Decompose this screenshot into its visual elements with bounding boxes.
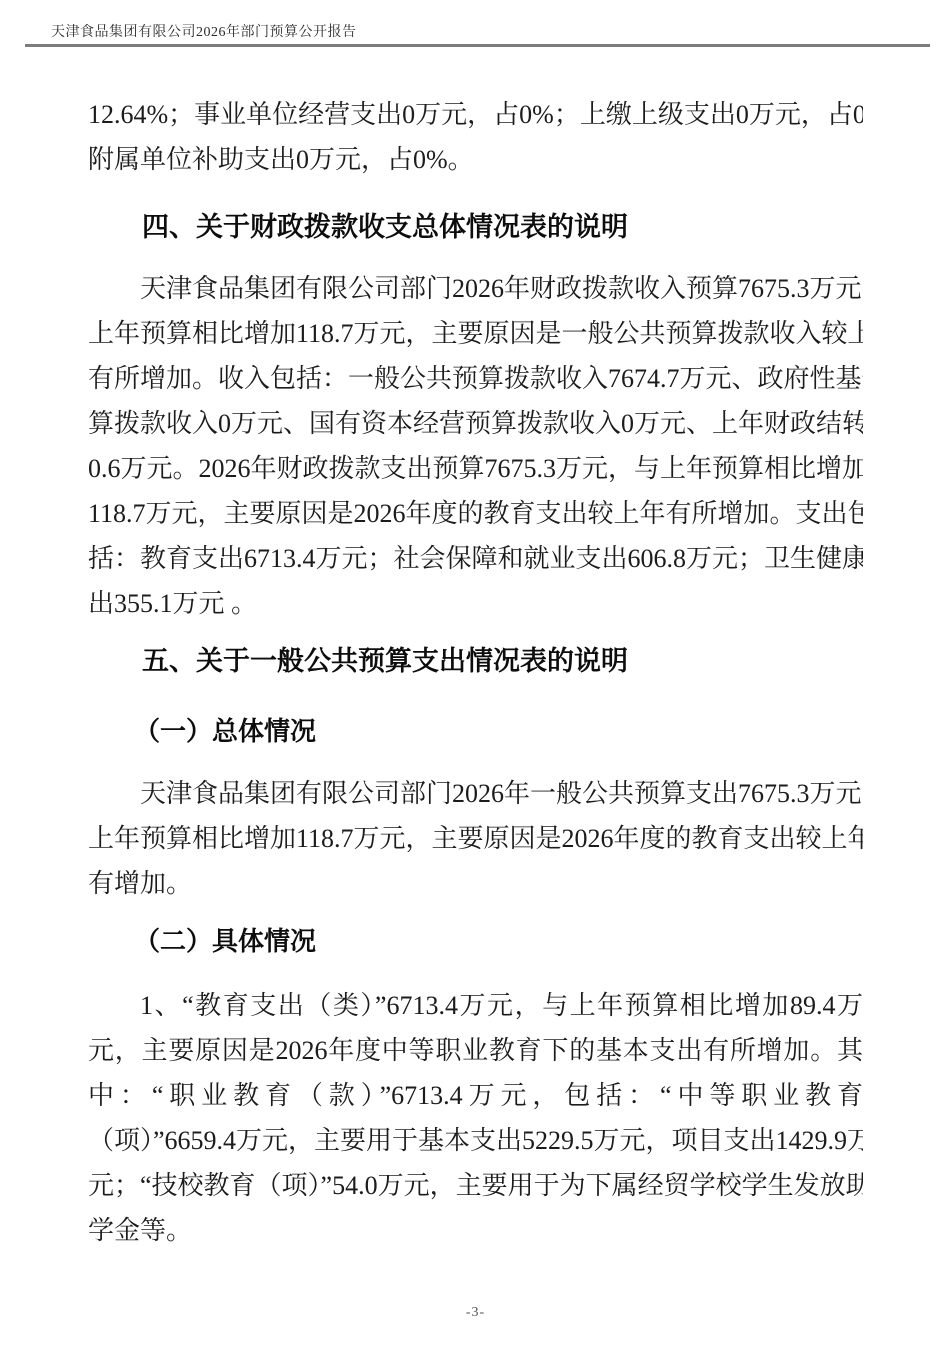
text-line: 出355.1万元 。 <box>88 581 863 626</box>
page-number: -3- <box>0 1305 951 1321</box>
text-line: 有增加。 <box>88 861 863 906</box>
paragraph-overall-situation: 天津食品集团有限公司部门2026年一般公共预算支出7675.3万元，与 上年预算… <box>88 771 863 906</box>
paragraph-specific-situation: 1、“教育支出（类）”6713.4万元，与上年预算相比增加89.4万 元，主要原… <box>88 983 863 1253</box>
text-line: 天津食品集团有限公司部门2026年财政拨款收入预算7675.3万元，与 <box>88 266 863 311</box>
subheading-specific-situation: （二）具体情况 <box>88 919 863 964</box>
text-line: 有所增加。收入包括：一般公共预算拨款收入7674.7万元、政府性基金预 <box>88 356 863 401</box>
page-body: 12.64%；事业单位经营支出0万元，占0%；上缴上级支出0万元，占0%；对 附… <box>88 92 863 1253</box>
text-line: 括：教育支出6713.4万元；社会保障和就业支出606.8万元；卫生健康支 <box>88 536 863 581</box>
text-line: 元；“技校教育（项）”54.0万元，主要用于为下属经贸学校学生发放助 <box>88 1163 863 1208</box>
text-line: 天津食品集团有限公司部门2026年一般公共预算支出7675.3万元，与 <box>88 771 863 816</box>
section-heading-fiscal-appropriation: 四、关于财政拨款收支总体情况表的说明 <box>88 204 863 250</box>
document-page: 天津食品集团有限公司2026年部门预算公开报告 12.64%；事业单位经营支出0… <box>0 0 951 1347</box>
text-line: 元，主要原因是2026年度中等职业教育下的基本支出有所增加。其 <box>88 1028 863 1073</box>
text-line: 上年预算相比增加118.7万元，主要原因是一般公共预算拨款收入较上年 <box>88 311 863 356</box>
paragraph-fiscal-appropriation: 天津食品集团有限公司部门2026年财政拨款收入预算7675.3万元，与 上年预算… <box>88 266 863 626</box>
header-rule <box>25 44 930 47</box>
section-heading-general-public-budget: 五、关于一般公共预算支出情况表的说明 <box>88 638 863 684</box>
text-line: 学金等。 <box>88 1208 863 1253</box>
text-line: 1、“教育支出（类）”6713.4万元，与上年预算相比增加89.4万 <box>88 983 863 1028</box>
text-line: 12.64%；事业单位经营支出0万元，占0%；上缴上级支出0万元，占0%；对 <box>88 92 863 137</box>
text-line: 附属单位补助支出0万元，占0%。 <box>88 137 863 182</box>
text-line: 118.7万元，主要原因是2026年度的教育支出较上年有所增加。支出包 <box>88 491 863 536</box>
page-header-title: 天津食品集团有限公司2026年部门预算公开报告 <box>51 24 357 42</box>
subheading-overall-situation: （一）总体情况 <box>88 709 863 754</box>
paragraph-continuation: 12.64%；事业单位经营支出0万元，占0%；上缴上级支出0万元，占0%；对 附… <box>88 92 863 182</box>
text-line: （项）”6659.4万元，主要用于基本支出5229.5万元，项目支出1429.9… <box>88 1118 863 1163</box>
text-line: 中：“职业教育（款）”6713.4万元，包括：“中等职业教育 <box>88 1073 863 1118</box>
text-line: 算拨款收入0万元、国有资本经营预算拨款收入0万元、上年财政结转结余 <box>88 401 863 446</box>
text-line: 0.6万元。2026年财政拨款支出预算7675.3万元，与上年预算相比增加 <box>88 446 863 491</box>
text-line: 上年预算相比增加118.7万元，主要原因是2026年度的教育支出较上年略 <box>88 816 863 861</box>
